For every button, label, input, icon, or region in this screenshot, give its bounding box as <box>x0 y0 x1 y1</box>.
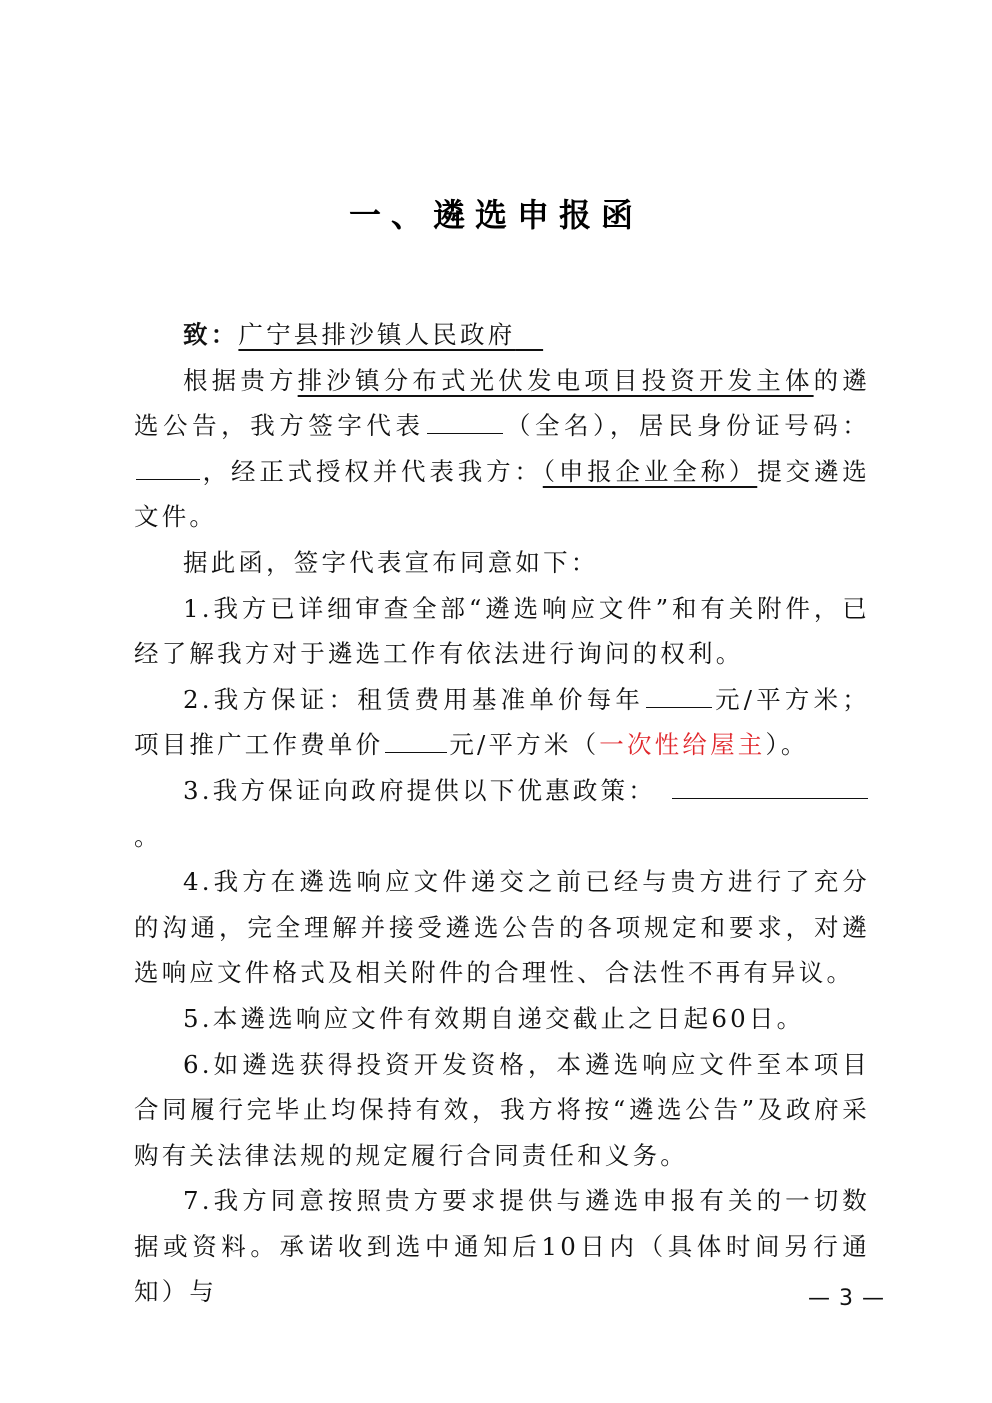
project-name: 排沙镇分布式光伏发电项目投资开发主体 <box>298 366 814 395</box>
item-2-text-3: 元/平方米（ <box>449 730 599 759</box>
signatory-name-blank[interactable] <box>427 407 503 434</box>
document-page: 一、遴选申报函 致：广宁县排沙镇人民政府 根据贵方排沙镇分布式光伏发电项目投资开… <box>0 0 992 1403</box>
promotion-fee-blank[interactable] <box>385 726 447 753</box>
addressee-line: 致：广宁县排沙镇人民政府 <box>134 312 870 358</box>
intro-text-1: 根据贵方 <box>183 366 298 395</box>
item-3: 3.我方保证向政府提供以下优惠政策：。 <box>134 768 870 859</box>
id-number-blank[interactable] <box>136 453 200 480</box>
addressee-prefix: 致： <box>183 320 238 349</box>
item-2-text-4: ）。 <box>765 730 808 759</box>
intro-text-4: ，经正式授权并代表我方： <box>202 457 543 486</box>
item-7: 7.我方同意按照贵方要求提供与遴选申报有关的一切数据或资料。承诺收到选中通知后1… <box>134 1178 870 1315</box>
declaration-intro: 据此函，签字代表宣布同意如下： <box>134 540 870 586</box>
rent-price-blank[interactable] <box>646 681 712 708</box>
intro-paragraph: 根据贵方排沙镇分布式光伏发电项目投资开发主体的遴选公告，我方签字代表（全名），居… <box>134 358 870 540</box>
preferential-policy-blank[interactable] <box>672 772 868 799</box>
company-name-placeholder[interactable]: （申报企业全称） <box>543 457 758 486</box>
item-6: 6.如遴选获得投资开发资格，本遴选响应文件至本项目合同履行完毕止均保持有效，我方… <box>134 1042 870 1179</box>
intro-text-3: （全名），居民身份证号码： <box>505 411 870 440</box>
item-4: 4.我方在遴选响应文件递交之前已经与贵方进行了充分的沟通，完全理解并接受遴选公告… <box>134 859 870 996</box>
page-number: — 3 — <box>808 1286 885 1311</box>
item-2-highlight: 一次性给屋主 <box>599 730 765 759</box>
item-5: 5.本遴选响应文件有效期自递交截止之日起60日。 <box>134 996 870 1042</box>
item-1: 1.我方已详细审查全部“遴选响应文件”和有关附件，已经了解我方对于遴选工作有依法… <box>134 586 870 677</box>
item-3-text-2: 。 <box>134 822 162 851</box>
item-2-text-1: 2.我方保证：租赁费用基准单价每年 <box>183 685 644 714</box>
document-title: 一、遴选申报函 <box>0 190 992 236</box>
addressee-name: 广宁县排沙镇人民政府 <box>238 320 515 349</box>
item-3-text-1: 3.我方保证向政府提供以下优惠政策： <box>183 776 656 805</box>
item-2: 2.我方保证：租赁费用基准单价每年元/平方米；项目推广工作费单价元/平方米（一次… <box>134 677 870 768</box>
document-body: 致：广宁县排沙镇人民政府 根据贵方排沙镇分布式光伏发电项目投资开发主体的遴选公告… <box>134 312 870 1315</box>
